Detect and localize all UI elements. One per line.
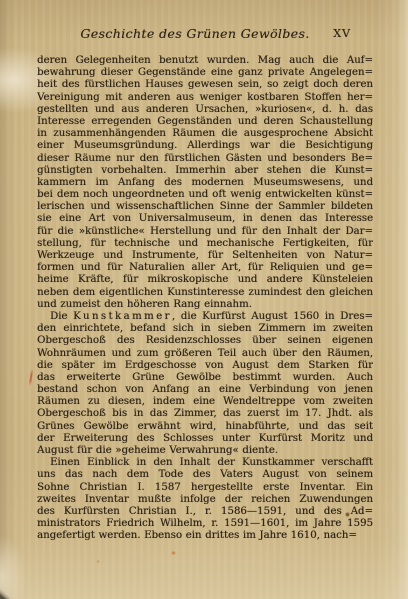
- text-line: Grünes Gewölbe erwähnt wird, hinabführte…: [37, 421, 373, 433]
- text-line: und zumeist den höheren Rang einnahm.: [37, 299, 373, 311]
- text-line: Werkzeuge und Instrumente, für Seltenhei…: [37, 250, 373, 262]
- text-line: Interesse erregenden Gegenständen und de…: [37, 116, 373, 128]
- text-line: deren Gelegenheiten benutzt wurden. Mag …: [37, 55, 373, 67]
- text-line: Räumen zu diesen, indem eine Wendeltrepp…: [37, 396, 373, 408]
- text-line: einer Museumsgründung. Allerdings war di…: [37, 140, 373, 152]
- text-line: angefertigt werden. Ebenso ein drittes i…: [37, 530, 373, 542]
- line-text: zweites Inventar mußte infolge der reich…: [37, 494, 373, 505]
- text-line: des Kurfürsten Christian I., r. 1586—159…: [37, 506, 373, 518]
- text-line: neben dem eigentlichen Kunstinteresse zu…: [37, 287, 373, 299]
- text-line: Die Kunstkammer, die Kurfürst August 156…: [37, 311, 373, 323]
- text-line: Einen Einblick in den Inhalt der Kunstka…: [37, 457, 373, 469]
- line-text: und zumeist den höheren Rang einnahm.: [37, 299, 252, 310]
- line-text: ministrators Friedrich Wilhelm, r. 1591—…: [37, 518, 373, 529]
- line-text: der Erweiterung des Schlosses unter Kurf…: [37, 433, 373, 444]
- text-line: für die »künstliche« Herstellung und für…: [37, 226, 373, 238]
- text-line: ministrators Friedrich Wilhelm, r. 1591—…: [37, 518, 373, 530]
- line-text: heime Kräfte, für mikroskopische und and…: [37, 274, 373, 285]
- line-text: uns das nach dem Tode des Vaters August …: [37, 469, 373, 480]
- line-text: Räumen zu diesen, indem eine Wendeltrepp…: [37, 396, 373, 407]
- line-text: bei dem noch ungeordneten und oft wenig …: [37, 189, 373, 200]
- line-text: Vereinigung mit anderen aus weniger kost…: [37, 92, 373, 103]
- letterspaced-term: Kunstkammer: [73, 311, 172, 322]
- text-line: Obergeschoß des Residenzschlosses über s…: [37, 335, 373, 347]
- page-body-text: deren Gelegenheiten benutzt wurden. Mag …: [37, 55, 373, 543]
- line-text: Werkzeuge und Instrumente, für Seltenhei…: [37, 250, 373, 261]
- line-text: kammern im Anfang des modernen Museumswe…: [37, 177, 373, 188]
- line-text: Einen Einblick in den Inhalt der Kunstka…: [50, 457, 373, 468]
- book-page-scan: Geschichte des Grünen Gewölbes. XV deren…: [0, 0, 408, 599]
- text-line: Sohne Christian I. 1587 hergestellte ers…: [37, 482, 373, 494]
- line-text: lerischen und wissenschaftlichen Sinne d…: [37, 201, 373, 212]
- text-line: zweites Inventar mußte infolge der reich…: [37, 494, 373, 506]
- text-line: bewahrung dieser Gegenstände eine ganz p…: [37, 67, 373, 79]
- line-text: Interesse erregenden Gegenständen und de…: [37, 116, 373, 127]
- text-line: Wohnräumen und zum größeren Teil auch üb…: [37, 348, 373, 360]
- line-text: die später im Erdgeschosse von August de…: [37, 360, 373, 371]
- text-line: der Erweiterung des Schlosses unter Kurf…: [37, 433, 373, 445]
- text-line: heit des fürstlichen Hauses gewesen sein…: [37, 79, 373, 91]
- line-text: für die »künstliche« Herstellung und für…: [37, 226, 373, 237]
- text-line: kammern im Anfang des modernen Museumswe…: [37, 177, 373, 189]
- text-line: formen und für Naturalien aller Art, für…: [37, 262, 373, 274]
- line-text: August für die »geheime Verwahrung« dien…: [37, 445, 278, 456]
- text-line: August für die »geheime Verwahrung« dien…: [37, 445, 373, 457]
- line-text: bestand schon von Anfang an eine Verbind…: [37, 384, 373, 395]
- text-line: in zusammenhängenden Räumen die ausgespr…: [37, 128, 373, 140]
- text-line: heime Kräfte, für mikroskopische und and…: [37, 274, 373, 286]
- line-text: den einrichtete, befand sich in sieben Z…: [37, 323, 373, 334]
- line-text: in zusammenhängenden Räumen die ausgespr…: [37, 128, 373, 139]
- running-header: Geschichte des Grünen Gewölbes. XV: [37, 26, 373, 44]
- line-text: Wohnräumen und zum größeren Teil auch üb…: [37, 348, 373, 359]
- running-header-title: Geschichte des Grünen Gewölbes.: [27, 26, 363, 41]
- line-text: stellung, für technische und mechanische…: [37, 238, 373, 249]
- line-text: Obergeschoß bis in das Zimmer, das zuers…: [37, 408, 373, 419]
- text-line: das erweiterte Grüne Gewölbe bestimmt wu…: [37, 372, 373, 384]
- text-line: sie eine Art von Universalmuseum, in den…: [37, 213, 373, 225]
- line-text: Obergeschoß des Residenzschlosses über s…: [37, 335, 373, 346]
- line-text: gestellten und aus anderen Ursachen, »ku…: [37, 104, 373, 115]
- text-line: dieser Räume nur den fürstlichen Gästen …: [37, 153, 373, 165]
- text-line: lerischen und wissenschaftlichen Sinne d…: [37, 201, 373, 213]
- line-text: , die Kurfürst August 1560 in Dres=: [172, 311, 373, 322]
- line-text: angefertigt werden. Ebenso ein drittes i…: [37, 530, 357, 541]
- text-line: stellung, für technische und mechanische…: [37, 238, 373, 250]
- text-line: uns das nach dem Tode des Vaters August …: [37, 469, 373, 481]
- line-text: Sohne Christian I. 1587 hergestellte ers…: [37, 482, 373, 493]
- line-text: neben dem eigentlichen Kunstinteresse zu…: [37, 287, 373, 298]
- text-line: den einrichtete, befand sich in sieben Z…: [37, 323, 373, 335]
- line-text: dieser Räume nur den fürstlichen Gästen …: [37, 153, 373, 164]
- red-scratch-mark: [29, 369, 33, 386]
- foxing-spot: [345, 512, 350, 517]
- line-text: heit des fürstlichen Hauses gewesen sein…: [37, 79, 373, 90]
- line-text: bewahrung dieser Gegenstände eine ganz p…: [37, 67, 373, 78]
- text-line: gestellten und aus anderen Ursachen, »ku…: [37, 104, 373, 116]
- line-text: einer Museumsgründung. Allerdings war di…: [37, 140, 373, 151]
- line-text: das erweiterte Grüne Gewölbe bestimmt wu…: [37, 372, 373, 383]
- foxing-spot: [171, 551, 176, 555]
- text-line: die später im Erdgeschosse von August de…: [37, 360, 373, 372]
- line-text: sie eine Art von Universalmuseum, in den…: [37, 213, 373, 224]
- text-line: bestand schon von Anfang an eine Verbind…: [37, 384, 373, 396]
- text-line: Obergeschoß bis in das Zimmer, das zuers…: [37, 408, 373, 420]
- line-text: deren Gelegenheiten benutzt wurden. Mag …: [37, 55, 373, 66]
- line-text: günstigten vorbehalten. Immerhin aber st…: [37, 165, 373, 176]
- line-text: Grünes Gewölbe erwähnt wird, hinabführte…: [37, 421, 373, 432]
- text-line: günstigten vorbehalten. Immerhin aber st…: [37, 165, 373, 177]
- page-number: XV: [333, 27, 351, 40]
- foxing-spot: [96, 560, 100, 563]
- line-text: des Kurfürsten Christian I., r. 1586—159…: [37, 506, 373, 517]
- text-line: Vereinigung mit anderen aus weniger kost…: [37, 92, 373, 104]
- text-line: bei dem noch ungeordneten und oft wenig …: [37, 189, 373, 201]
- line-text: formen und für Naturalien aller Art, für…: [37, 262, 373, 273]
- line-text: Die: [50, 311, 73, 322]
